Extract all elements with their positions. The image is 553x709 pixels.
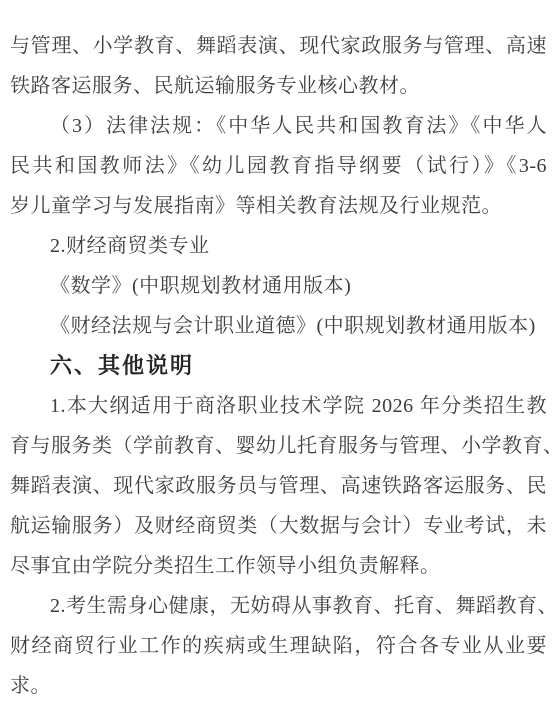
text-line: 《财经法规与会计职业道德》(中职规划教材通用版本)	[10, 306, 547, 346]
text-line: 民共和国教师法》《幼儿园教育指导纲要（试行）》《3-6	[10, 146, 547, 186]
text-line: 2.财经商贸类专业	[10, 226, 547, 266]
text-line: 财经商贸行业工作的疾病或生理缺陷，符合各专业从业要	[10, 626, 547, 666]
text-line: 尽事宜由学院分类招生工作领导小组负责解释。	[10, 546, 547, 586]
document-page: 与管理、小学教育、舞蹈表演、现代家政服务与管理、高速铁路客运服务、民航运输服务专…	[0, 0, 553, 709]
text-line: （3）法律法规：《中华人民共和国教育法》《中华人	[10, 106, 547, 146]
section-heading: 六、其他说明	[10, 346, 547, 386]
text-line: 航运输服务）及财经商贸类（大数据与会计）专业考试，未	[10, 506, 547, 546]
text-line: 与管理、小学教育、舞蹈表演、现代家政服务与管理、高速	[10, 26, 547, 66]
text-line: 舞蹈表演、现代家政服务员与管理、高速铁路客运服务、民	[10, 466, 547, 506]
text-line: 育与服务类（学前教育、婴幼儿托育服务与管理、小学教育、	[10, 426, 547, 466]
text-line: 岁儿童学习与发展指南》等相关教育法规及行业规范。	[10, 186, 547, 226]
text-line: 《数学》(中职规划教材通用版本)	[10, 266, 547, 306]
text-line: 铁路客运服务、民航运输服务专业核心教材。	[10, 66, 547, 106]
text-line: 2.考生需身心健康，无妨碍从事教育、托育、舞蹈教育、	[10, 586, 547, 626]
text-line: 1.本大纲适用于商洛职业技术学院 2026 年分类招生教	[10, 386, 547, 426]
document-body: 与管理、小学教育、舞蹈表演、现代家政服务与管理、高速铁路客运服务、民航运输服务专…	[10, 26, 547, 706]
text-line: 求。	[10, 666, 547, 706]
